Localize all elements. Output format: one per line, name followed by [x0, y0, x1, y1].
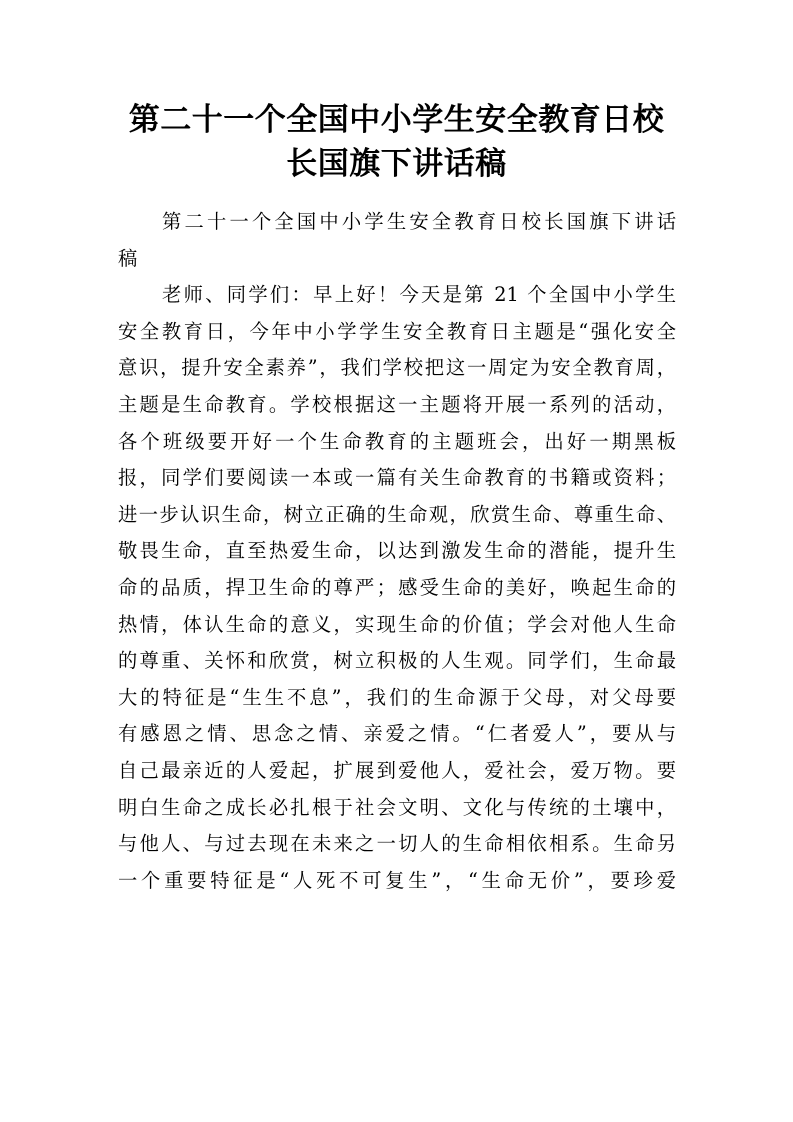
body-text-line: 进一步认识生命，树立正确的生命观，欣赏生命、尊重生命、 [118, 503, 676, 527]
title-line-2: 长国旗下讲话稿 [100, 142, 693, 186]
body-text-line: 安全教育日，今年中小学学生安全教育日主题是“强化安全 [118, 320, 676, 344]
body-text-line: 一个重要特征是“人死不可复生”，“生命无价”，要珍爱 [118, 869, 676, 893]
body-text-line: 有感恩之情、思念之情、亲爱之情。“仁者爱人”，要从与 [118, 722, 676, 746]
body-text-line: 意识，提升安全素养”，我们学校把这一周定为安全教育周， [118, 356, 676, 380]
document-page: 第二十一个全国中小学生安全教育日校 长国旗下讲话稿 第二十一个全国中小学生安全教… [0, 0, 793, 1122]
document-title: 第二十一个全国中小学生安全教育日校 长国旗下讲话稿 [100, 98, 693, 186]
body-text-line: 各个班级要开好一个生命教育的主题班会，出好一期黑板 [118, 430, 676, 454]
body-text-line: 的尊重、关怀和欣赏，树立积极的人生观。同学们，生命最 [118, 649, 676, 673]
body-text-line: 命的品质，捍卫生命的尊严；感受生命的美好，唤起生命的 [118, 576, 676, 600]
body-text-line: 与他人、与过去现在未来之一切人的生命相依相系。生命另 [118, 832, 676, 856]
body-text-line: 主题是生命教育。学校根据这一主题将开展一系列的活动， [118, 393, 676, 417]
body-text-line: 明白生命之成长必扎根于社会文明、文化与传统的土壤中， [118, 796, 676, 820]
body-text-line: 大的特征是“生生不息”，我们的生命源于父母，对父母要 [118, 686, 676, 710]
body-text-line: 热情，体认生命的意义，实现生命的价值；学会对他人生命 [118, 613, 676, 637]
body-text-line: 第二十一个全国中小学生安全教育日校长国旗下讲话 [162, 210, 676, 234]
body-text-line: 敬畏生命，直至热爱生命，以达到激发生命的潜能，提升生 [118, 539, 676, 563]
body-text-line: 报，同学们要阅读一本或一篇有关生命教育的书籍或资料； [118, 466, 676, 490]
body-text-line: 自己最亲近的人爱起，扩展到爱他人，爱社会，爱万物。要 [118, 759, 676, 783]
body-text-line: 老师、同学们：早上好！今天是第 21 个全国中小学生 [162, 283, 676, 307]
body-text-line: 稿 [118, 247, 676, 271]
title-line-1: 第二十一个全国中小学生安全教育日校 [100, 98, 693, 142]
